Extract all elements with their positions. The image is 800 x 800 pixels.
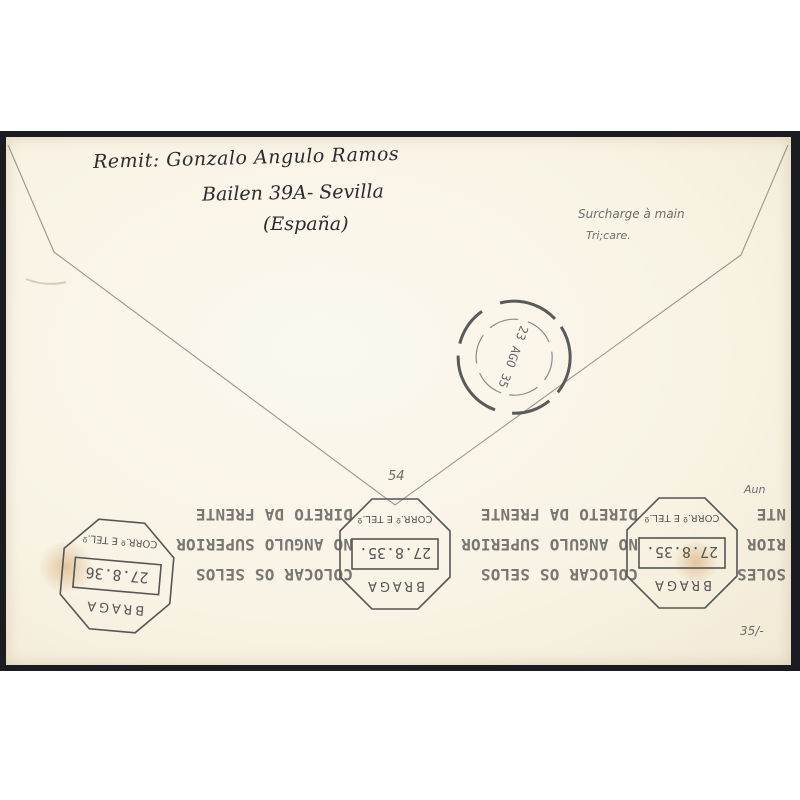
pencil-price: 35/- [740,624,764,638]
svg-text:27.8.35.: 27.8.35. [646,543,718,561]
svg-text:CORR.º E TEL.º: CORR.º E TEL.º [644,512,719,523]
envelope-back: Remit: Gonzalo Angulo Ramos Bailen 39A- … [6,137,791,665]
svg-text:27.8.35.: 27.8.35. [359,544,431,562]
svg-text:BRAGA: BRAGA [84,597,145,617]
svg-text:27.8.36: 27.8.36 [85,563,150,586]
pencil-note: Aun [744,483,765,496]
pencil-note: Surcharge à main [578,207,685,221]
octagon-postmark: BRAGA 27.8.36 CORR.º E TEL.º [53,512,181,640]
octagon-postmark: BRAGA 27.8.35. CORR.º E TEL.º [623,494,741,612]
slogan-line: NO ANGULO SUPERIOR [176,529,353,559]
svg-text:BRAGA: BRAGA [652,577,712,592]
pencil-number: 54 [388,469,405,484]
svg-text:BRAGA: BRAGA [365,578,425,593]
slogan-cancel-partial: SOLES RIOR NTE [736,499,786,589]
pencil-note: Tri;care. [586,229,631,242]
slogan-line: RIOR [736,529,786,559]
octagon-postmark: BRAGA 27.8.35. CORR.º E TEL.º [336,495,454,613]
slogan-cancel: COLOCAR OS SELOS NO ANGULO SUPERIOR DIRE… [176,499,353,589]
svg-text:CORR.º E TEL.º: CORR.º E TEL.º [82,532,158,550]
slogan-line: SOLES [736,559,786,589]
svg-text:CORR.º E TEL.º: CORR.º E TEL.º [357,513,432,524]
slogan-line: NO ANGULO SUPERIOR [461,529,638,559]
sender-country: (España) [263,213,349,235]
slogan-line: DIRETO DA FRENTE [176,499,353,529]
slogan-line: COLOCAR OS SELOS [176,559,353,589]
sender-street: Bailen 39A- Sevilla [202,180,384,205]
slogan-line: COLOCAR OS SELOS [461,559,638,589]
slogan-line: NTE [736,499,786,529]
slogan-line: DIRETO DA FRENTE [461,499,638,529]
round-postmark-date: 23 AGO 35 [496,324,531,390]
slogan-cancel: COLOCAR OS SELOS NO ANGULO SUPERIOR DIRE… [461,499,638,589]
